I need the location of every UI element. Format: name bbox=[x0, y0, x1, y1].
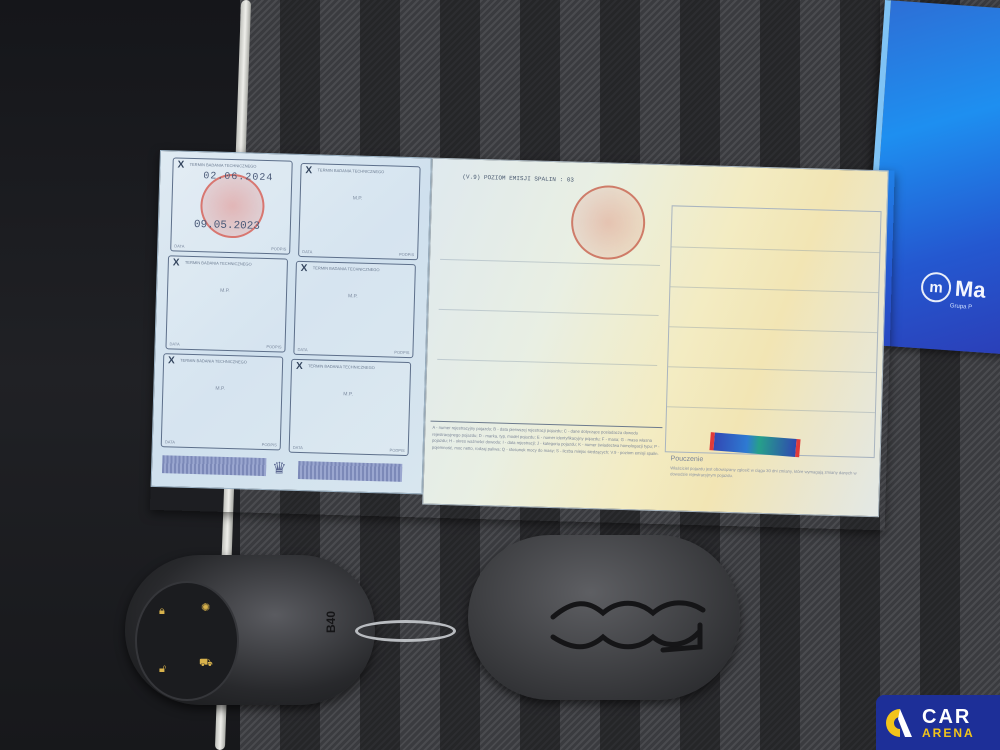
key-ring bbox=[355, 620, 456, 642]
booklet-brand: Ma bbox=[954, 276, 986, 304]
booklet-subtitle: Grupa P bbox=[950, 303, 973, 311]
divider bbox=[437, 359, 657, 366]
x-mark: X bbox=[305, 165, 312, 176]
box-footer-left: DATA bbox=[170, 341, 180, 346]
watermark-line2: ARENA bbox=[922, 727, 975, 739]
key-cover bbox=[468, 535, 740, 700]
registration-data-page: (V.9) POZIOM EMISJI SPALIN : 03 A - nume… bbox=[422, 158, 889, 518]
notice-title: Pouczenie bbox=[670, 455, 703, 463]
divider bbox=[668, 366, 876, 373]
divider bbox=[671, 246, 879, 253]
seal-placeholder: M.P. bbox=[220, 288, 230, 294]
field-legend: A - numer rejestracyjny pojazdu; B - dat… bbox=[428, 421, 662, 506]
registration-document: X TERMIN BADANIA TECHNICZNEGO 02.06.2024… bbox=[150, 150, 895, 530]
inspection-box: X TERMIN BADANIA TECHNICZNEGO M.P. DATA … bbox=[165, 255, 288, 352]
box-footer-right: PODPIS bbox=[390, 448, 405, 453]
box-header: TERMIN BADANIA TECHNICZNEGO bbox=[190, 162, 257, 169]
lights-icon: ✺ bbox=[201, 601, 210, 614]
notice-text: Właściciel pojazdu jest obowiązany zgłos… bbox=[670, 465, 870, 483]
box-footer-left: DATA bbox=[302, 249, 312, 254]
seal-placeholder: M.P. bbox=[343, 391, 353, 397]
x-mark: X bbox=[296, 361, 303, 372]
booklet-logo: m Ma bbox=[920, 271, 986, 305]
watermark-line1: CAR bbox=[922, 707, 975, 727]
security-pattern-bar bbox=[162, 455, 266, 476]
divider bbox=[439, 309, 659, 316]
remote-key-fob: 🔒︎ ✺ 🔓︎ ⛟ B40 bbox=[125, 555, 375, 705]
box-footer-right: PODPIS bbox=[266, 344, 281, 349]
divider bbox=[670, 286, 878, 293]
brand-logo-icon: m bbox=[920, 271, 952, 303]
security-pattern-bar bbox=[298, 461, 402, 482]
box-footer-left: DATA bbox=[174, 243, 184, 248]
box-header: TERMIN BADANIA TECHNICZNEGO bbox=[185, 260, 252, 267]
seal-placeholder: M.P. bbox=[215, 386, 225, 392]
box-footer-right: PODPIS bbox=[271, 246, 286, 251]
x-mark: X bbox=[301, 263, 308, 274]
seal-placeholder: M.P. bbox=[348, 293, 358, 299]
stamp-date: 09.05.2023 bbox=[194, 219, 260, 233]
lock-icon: 🔒︎ bbox=[159, 605, 165, 618]
box-header: TERMIN BADANIA TECHNICZNEGO bbox=[308, 363, 375, 370]
inspection-box: X TERMIN BADANIA TECHNICZNEGO M.P. DATA … bbox=[293, 261, 416, 358]
box-footer-left: DATA bbox=[293, 445, 303, 450]
x-mark: X bbox=[168, 355, 175, 366]
emission-level: (V.9) POZIOM EMISJI SPALIN : 03 bbox=[462, 173, 574, 183]
trunk-icon: ⛟ bbox=[199, 657, 213, 671]
car-arena-watermark: CAR ARENA bbox=[876, 695, 1000, 750]
x-mark: X bbox=[177, 159, 184, 170]
box-footer-left: DATA bbox=[165, 439, 175, 444]
official-stamp-icon bbox=[570, 185, 646, 261]
inspection-page: X TERMIN BADANIA TECHNICZNEGO 02.06.2024… bbox=[151, 150, 432, 494]
polish-eagle-emblem-icon: ♛ bbox=[272, 458, 287, 478]
car-arena-logo-icon bbox=[886, 707, 914, 739]
inspection-box: X TERMIN BADANIA TECHNICZNEGO M.P. DATA … bbox=[289, 359, 412, 456]
inspection-date: 02.06.2024 bbox=[203, 171, 273, 184]
box-footer-left: DATA bbox=[297, 347, 307, 352]
divider bbox=[440, 259, 660, 266]
watermark-text: CAR ARENA bbox=[922, 707, 975, 739]
entries-panel bbox=[665, 205, 882, 458]
legend-text: A - numer rejestracyjny pojazdu; B - dat… bbox=[430, 422, 663, 460]
box-header: TERMIN BADANIA TECHNICZNEGO bbox=[313, 265, 380, 272]
inspection-box: X TERMIN BADANIA TECHNICZNEGO 02.06.2024… bbox=[170, 157, 293, 254]
inspection-box: X TERMIN BADANIA TECHNICZNEGO M.P. DATA … bbox=[161, 353, 284, 450]
inspection-box: X TERMIN BADANIA TECHNICZNEGO M.P. DATA … bbox=[298, 163, 421, 260]
box-footer-right: PODPIS bbox=[399, 252, 414, 257]
fob-label: B40 bbox=[324, 611, 338, 633]
fob-button-panel: 🔒︎ ✺ 🔓︎ ⛟ bbox=[135, 581, 239, 701]
divider bbox=[669, 326, 877, 333]
seal-placeholder: M.P. bbox=[353, 195, 363, 201]
divider bbox=[667, 406, 875, 413]
box-header: TERMIN BADANIA TECHNICZNEGO bbox=[180, 358, 247, 365]
unlock-icon: 🔓︎ bbox=[159, 663, 166, 676]
box-footer-right: PODPIS bbox=[262, 442, 277, 447]
x-mark: X bbox=[173, 257, 180, 268]
box-header: TERMIN BADANIA TECHNICZNEGO bbox=[317, 167, 384, 174]
fiat-500-logo-icon bbox=[548, 595, 708, 655]
box-footer-right: PODPIS bbox=[394, 350, 409, 355]
